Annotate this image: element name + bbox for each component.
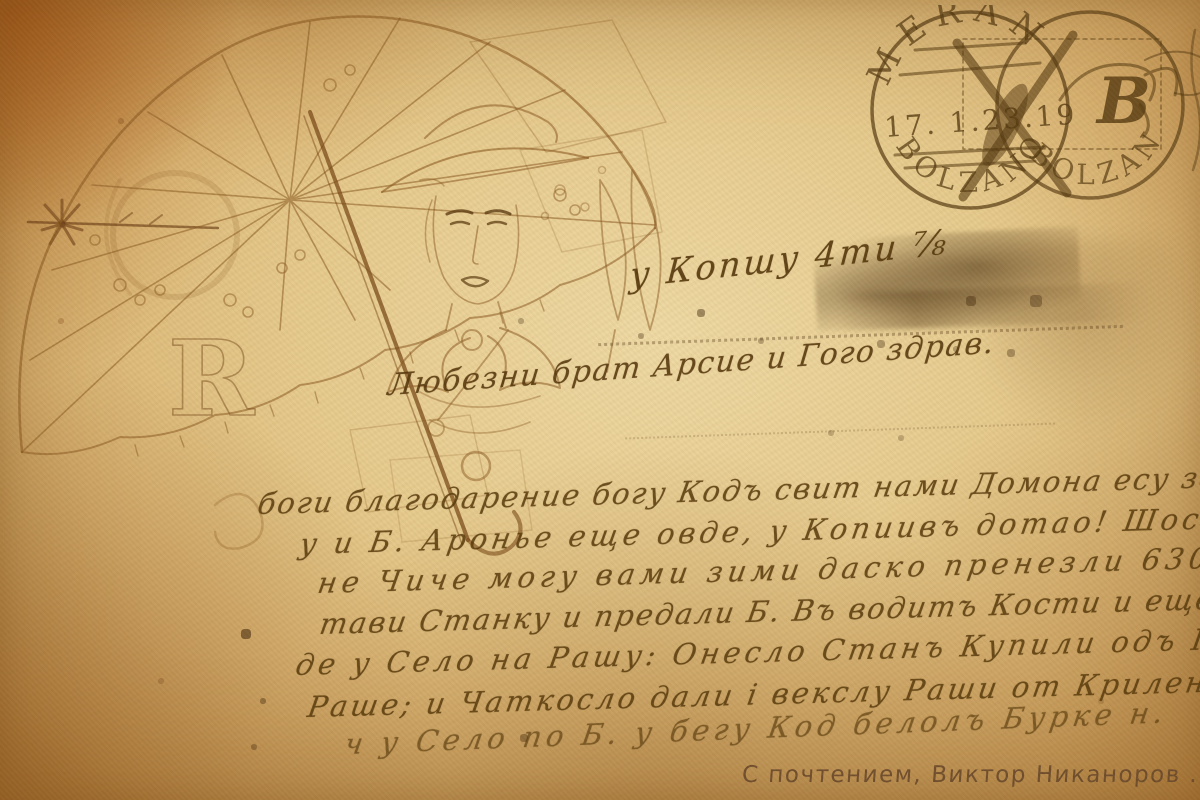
postcard-canvas: R M bbox=[0, 0, 1200, 800]
postmark-date: 17. 1.23.19 bbox=[883, 98, 1078, 144]
parasol-sketch bbox=[19, 17, 655, 554]
postmark-stamp: MERAN BOLZANO BOLZAN 17. 1.23.19 B bbox=[845, 5, 1200, 217]
card-shapes-sketch bbox=[470, 20, 666, 252]
ink-specks bbox=[0, 0, 2, 2]
handwriting-signature: С почтением, Виктор Никаноров . bbox=[741, 762, 1199, 788]
watermark-letter: R bbox=[168, 317, 256, 440]
postmark-monogram-letter: B bbox=[1095, 64, 1151, 139]
ink-haze bbox=[985, 238, 1200, 433]
